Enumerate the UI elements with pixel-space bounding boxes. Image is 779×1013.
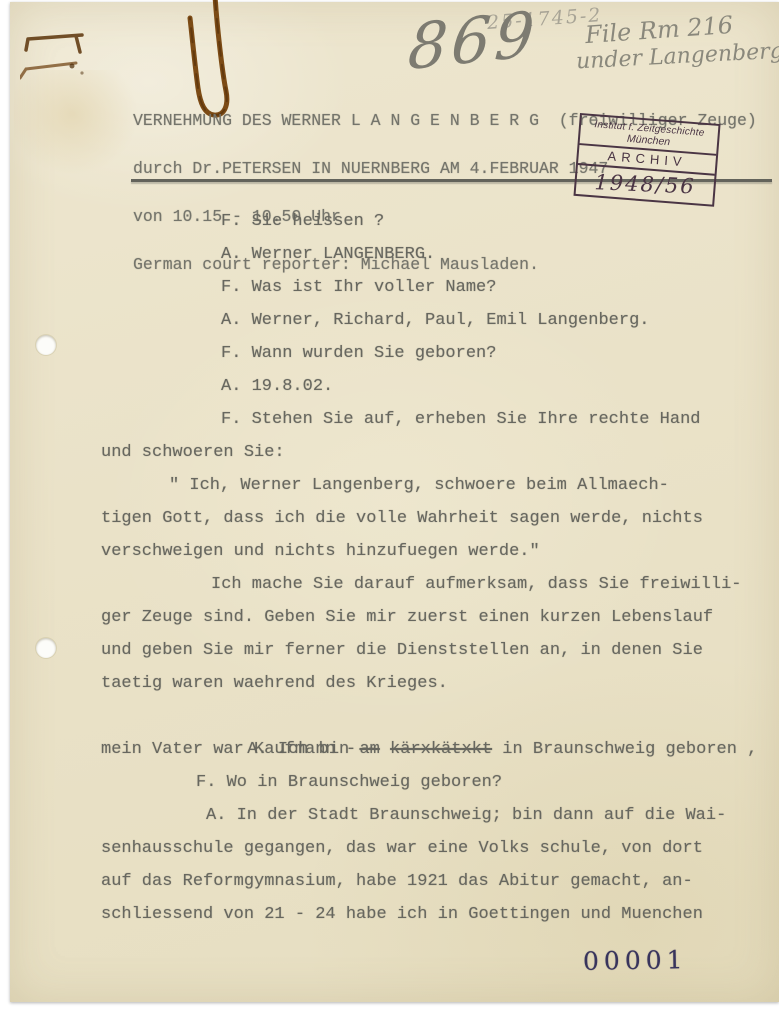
typed-line: schliessend von 21 - 24 habe ich in Goet… <box>101 898 761 931</box>
typed-line: A. Werner LANGENBERG. <box>101 238 761 271</box>
typed-line: verschweigen und nichts hinzufuegen werd… <box>101 535 761 568</box>
typed-fragment <box>380 740 390 759</box>
typed-line: tigen Gott, dass ich die volle Wahrheit … <box>101 502 761 535</box>
page-number-stamp: 00001 <box>583 945 688 976</box>
punch-hole-top <box>36 335 56 355</box>
document-scan: 25-1745-2 869 File Rm 216 under Langenbe… <box>0 0 779 1013</box>
typed-line: und schwoeren Sie: <box>101 436 761 469</box>
typed-line: und geben Sie mir ferner die Dienststell… <box>101 634 761 667</box>
pencil-page-number: 869 <box>406 0 541 84</box>
typed-line: F. Stehen Sie auf, erheben Sie Ihre rech… <box>101 403 761 436</box>
punch-hole-bottom <box>36 638 56 658</box>
transcript-body: F. Sie heissen ? A. Werner LANGENBERG. F… <box>101 205 761 931</box>
typed-line: F. Sie heissen ? <box>101 205 761 238</box>
typed-line: F. Was ist Ihr voller Name? <box>101 271 761 304</box>
typed-line: A. Werner, Richard, Paul, Emil Langenber… <box>101 304 761 337</box>
typed-line: A. In der Stadt Braunschweig; bin dann a… <box>101 799 761 832</box>
typed-line: ger Zeuge sind. Geben Sie mir zuerst ein… <box>101 601 761 634</box>
typed-line: Ich mache Sie darauf aufmerksam, dass Si… <box>101 568 761 601</box>
typed-line: taetig waren waehrend des Krieges. <box>101 667 761 700</box>
typed-line: " Ich, Werner Langenberg, schwoere beim … <box>101 469 761 502</box>
typed-line: A. 19.8.02. <box>101 370 761 403</box>
struck-out-text: kärxkätxkt <box>390 740 492 759</box>
typed-line: F. Wo in Braunschweig geboren? <box>101 766 761 799</box>
typed-line: auf das Reformgymnasium, habe 1921 das A… <box>101 865 761 898</box>
rust-marks <box>20 25 120 95</box>
typed-line: F. Wann wurden Sie geboren? <box>101 337 761 370</box>
typed-line: senhausschule gegangen, das war eine Vol… <box>101 832 761 865</box>
typed-line-with-strikeout: A. Ich bin am kärxkätxkt in Braunschweig… <box>101 700 761 733</box>
typed-fragment: in Braunschweig geboren , <box>492 740 757 759</box>
archive-stamp: Institut f. Zeitgeschichte München ARCHI… <box>573 113 720 207</box>
archive-stamp-number: 1948/56 <box>576 167 714 202</box>
